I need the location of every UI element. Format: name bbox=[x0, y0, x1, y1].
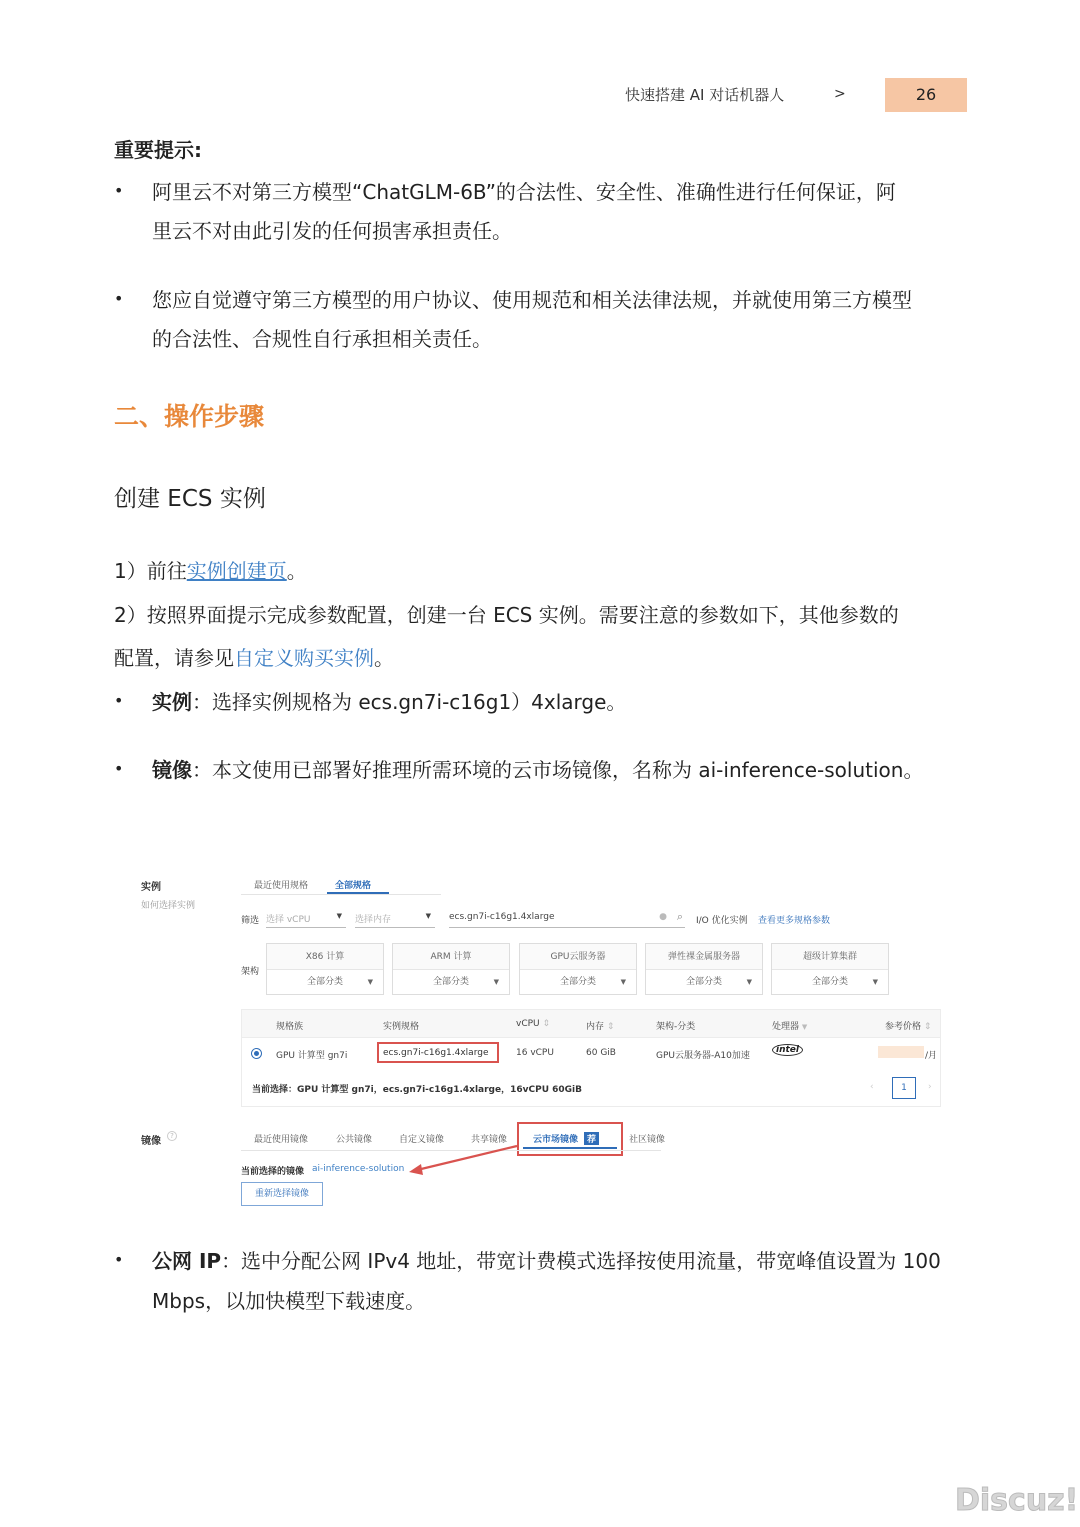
param-image-text: ：本文使用已部署好推理所需环境的云市场镜像，名称为 ai-inference-s… bbox=[192, 758, 923, 782]
arch-option-arm[interactable]: ARM 计算 全部分类▼ bbox=[392, 943, 510, 995]
arch-category-select[interactable]: 全部分类▼ bbox=[520, 970, 636, 995]
custom-purchase-link[interactable]: 自定义购买实例 bbox=[234, 646, 374, 670]
step-2-suffix: 。 bbox=[374, 646, 394, 670]
current-selection-text: 当前选择：GPU 计算型 gn7i，ecs.gn7i-c16g1.4xlarge… bbox=[252, 1082, 582, 1095]
image-tab-public[interactable]: 公共镜像 bbox=[336, 1132, 372, 1145]
caret-down-icon: ▼ bbox=[873, 970, 878, 995]
pager-next-icon[interactable]: › bbox=[928, 1082, 932, 1092]
arch-option-x86[interactable]: X86 计算 全部分类▼ bbox=[266, 943, 384, 995]
col-processor-label: 处理器 bbox=[772, 1022, 799, 1032]
filter-label: 筛选 bbox=[241, 913, 259, 926]
param-public-ip-line-2: Mbps，以加快模型下载速度。 bbox=[152, 1282, 425, 1321]
bullet-icon: • bbox=[114, 181, 123, 200]
col-family: 规格族 bbox=[276, 1019, 303, 1032]
spec-table: 规格族 实例规格 vCPU ⇕ 内存 ⇕ 架构-分类 处理器 ▼ 参考价格 ⇕ … bbox=[241, 1009, 941, 1107]
col-vcpu-label: vCPU bbox=[516, 1019, 540, 1029]
sort-icon: ⇕ bbox=[924, 1022, 932, 1032]
arch-option-super-computing[interactable]: 超级计算集群 全部分类▼ bbox=[771, 943, 889, 995]
param-image-label: 镜像 bbox=[152, 758, 192, 782]
step-1-prefix: 1）前往 bbox=[114, 559, 187, 583]
tip-1-line-1: 阿里云不对第三方模型“ChatGLM-6B”的合法性、安全性、准确性进行任何保证… bbox=[152, 173, 896, 212]
arch-option-name: 超级计算集群 bbox=[772, 944, 888, 970]
arch-option-bare-metal[interactable]: 弹性裸金属服务器 全部分类▼ bbox=[645, 943, 763, 995]
arch-category-select[interactable]: 全部分类▼ bbox=[772, 970, 888, 995]
caret-down-icon: ▼ bbox=[337, 912, 342, 920]
param-instance-text: ：选择实例规格为 ecs.gn7i-c16g1）4xlarge。 bbox=[192, 690, 626, 714]
bullet-icon: • bbox=[114, 759, 123, 778]
tab-all-specs[interactable]: 全部规格 bbox=[335, 878, 371, 891]
param-public-ip-label: 公网 IP bbox=[152, 1249, 221, 1273]
tabs-divider bbox=[241, 894, 441, 895]
arch-category-value: 全部分类 bbox=[812, 977, 848, 987]
param-image: 镜像：本文使用已部署好推理所需环境的云市场镜像，名称为 ai-inference… bbox=[152, 751, 923, 790]
col-arch: 架构-分类 bbox=[656, 1019, 695, 1032]
help-icon[interactable]: ? bbox=[167, 1131, 177, 1141]
reselect-image-button[interactable]: 重新选择镜像 bbox=[241, 1182, 323, 1206]
page-header: 快速搭建 AI 对话机器人 > 26 bbox=[0, 78, 1080, 114]
image-label: 镜像 bbox=[141, 1132, 161, 1147]
io-optimized-label: I/O 优化实例 bbox=[696, 913, 748, 926]
param-public-ip-text: ：选中分配公网 IPv4 地址，带宽计费模式选择按使用流量，带宽峰值设置为 10… bbox=[221, 1249, 941, 1273]
row-radio-selected[interactable] bbox=[251, 1048, 262, 1059]
col-price[interactable]: 参考价格 ⇕ bbox=[885, 1019, 931, 1032]
spec-search-input[interactable]: ecs.gn7i-c16g1.4xlarge ● ⌕ bbox=[449, 912, 685, 928]
section-title: 二、操作步骤 bbox=[114, 397, 264, 433]
instance-help-link[interactable]: 如何选择实例 bbox=[141, 898, 195, 911]
tab-recent-specs[interactable]: 最近使用规格 bbox=[254, 878, 308, 891]
arch-category-value: 全部分类 bbox=[307, 977, 343, 987]
step-2-line-1: 2）按照界面提示完成参数配置，创建一台 ECS 实例。需要注意的参数如下，其他参… bbox=[114, 596, 899, 635]
caret-down-icon: ▼ bbox=[621, 970, 626, 995]
bullet-icon: • bbox=[114, 1250, 123, 1269]
cell-price-suffix: /月 bbox=[925, 1048, 937, 1061]
tips-title: 重要提示: bbox=[114, 131, 202, 170]
pager-page-1[interactable]: 1 bbox=[892, 1077, 916, 1099]
arch-option-name: 弹性裸金属服务器 bbox=[646, 944, 762, 970]
tip-2-line-1: 您应自觉遵守第三方模型的用户协议、使用规范和相关法律法规，并就使用第三方模型 bbox=[152, 281, 912, 320]
tip-2-line-2: 的合法性、合规性自行承担相关责任。 bbox=[152, 320, 492, 359]
caret-down-icon: ▼ bbox=[747, 970, 752, 995]
caret-down-icon: ▼ bbox=[426, 912, 431, 920]
image-tab-marketplace[interactable]: 云市场镜像荐 bbox=[533, 1132, 599, 1145]
col-price-label: 参考价格 bbox=[885, 1022, 921, 1032]
step-2-line-2: 配置，请参见自定义购买实例。 bbox=[114, 639, 394, 678]
image-tab-marketplace-label: 云市场镜像 bbox=[533, 1135, 578, 1145]
col-memory[interactable]: 内存 ⇕ bbox=[586, 1019, 614, 1032]
arch-category-value: 全部分类 bbox=[560, 977, 596, 987]
param-instance: 实例：选择实例规格为 ecs.gn7i-c16g1）4xlarge。 bbox=[152, 683, 626, 722]
param-instance-label: 实例 bbox=[152, 690, 192, 714]
active-image-tab-indicator bbox=[523, 1147, 617, 1149]
vcpu-placeholder: 选择 vCPU bbox=[266, 915, 311, 925]
instance-label: 实例 bbox=[141, 878, 161, 893]
image-tab-community[interactable]: 社区镜像 bbox=[629, 1132, 665, 1145]
arch-option-name: X86 计算 bbox=[267, 944, 383, 970]
cell-arch: GPU云服务器-A10加速 bbox=[656, 1048, 750, 1061]
table-header: 规格族 实例规格 vCPU ⇕ 内存 ⇕ 架构-分类 处理器 ▼ 参考价格 ⇕ bbox=[242, 1010, 940, 1038]
arch-category-value: 全部分类 bbox=[433, 977, 469, 987]
col-vcpu[interactable]: vCPU ⇕ bbox=[516, 1019, 550, 1029]
cell-spec: ecs.gn7i-c16g1.4xlarge bbox=[383, 1048, 489, 1058]
arch-option-name: ARM 计算 bbox=[393, 944, 509, 970]
more-specs-link[interactable]: 查看更多规格参数 bbox=[758, 913, 830, 926]
subsection-title: 创建 ECS 实例 bbox=[114, 480, 266, 513]
discuz-watermark: Discuz! bbox=[955, 1483, 1078, 1518]
caret-down-icon: ▼ bbox=[494, 970, 499, 995]
annotation-arrow-icon bbox=[403, 1142, 523, 1182]
breadcrumb-separator: > bbox=[834, 86, 846, 102]
table-row[interactable]: GPU 计算型 gn7i ecs.gn7i-c16g1.4xlarge 16 v… bbox=[242, 1038, 940, 1068]
console-screenshot: 实例 如何选择实例 最近使用规格 全部规格 筛选 选择 vCPU ▼ 选择内存 … bbox=[133, 862, 945, 1212]
filter-icon: ▼ bbox=[802, 1023, 807, 1031]
memory-select[interactable]: 选择内存 ▼ bbox=[355, 912, 435, 928]
cell-vcpu: 16 vCPU bbox=[516, 1048, 554, 1058]
sort-icon: ⇕ bbox=[543, 1019, 551, 1029]
price-redacted bbox=[878, 1046, 924, 1058]
arch-category-select[interactable]: 全部分类▼ bbox=[646, 970, 762, 995]
bullet-icon: • bbox=[114, 289, 123, 308]
current-image-value[interactable]: ai-inference-solution bbox=[312, 1164, 404, 1174]
vcpu-select[interactable]: 选择 vCPU ▼ bbox=[266, 912, 346, 928]
arch-label: 架构 bbox=[241, 964, 259, 977]
arch-category-select[interactable]: 全部分类▼ bbox=[267, 970, 383, 995]
caret-down-icon: ▼ bbox=[368, 970, 373, 995]
cell-memory: 60 GiB bbox=[586, 1048, 616, 1058]
current-image-label: 当前选择的镜像 bbox=[241, 1164, 304, 1177]
col-memory-label: 内存 bbox=[586, 1022, 604, 1032]
tip-1-line-2: 里云不对由此引发的任何损害承担责任。 bbox=[152, 212, 512, 251]
spec-search-value: ecs.gn7i-c16g1.4xlarge bbox=[449, 912, 555, 922]
recommended-badge: 荐 bbox=[584, 1132, 599, 1145]
cell-family: GPU 计算型 gn7i bbox=[276, 1048, 347, 1061]
step-1-suffix: 。 bbox=[287, 559, 307, 583]
arch-category-value: 全部分类 bbox=[686, 977, 722, 987]
arch-option-gpu[interactable]: GPU云服务器 全部分类▼ bbox=[519, 943, 637, 995]
image-tab-recent[interactable]: 最近使用镜像 bbox=[254, 1132, 308, 1145]
instance-create-page-link[interactable]: 实例创建页 bbox=[187, 559, 287, 583]
search-icon[interactable]: ⌕ bbox=[677, 910, 683, 924]
arch-category-select[interactable]: 全部分类▼ bbox=[393, 970, 509, 995]
col-processor[interactable]: 处理器 ▼ bbox=[772, 1019, 807, 1032]
memory-placeholder: 选择内存 bbox=[355, 915, 391, 925]
step-2-prefix: 配置，请参见 bbox=[114, 646, 234, 670]
col-spec: 实例规格 bbox=[383, 1019, 419, 1032]
page-number-badge: 26 bbox=[885, 78, 967, 112]
intel-logo-icon: intel bbox=[772, 1044, 803, 1056]
bullet-icon: • bbox=[114, 691, 123, 710]
pager-prev-icon[interactable]: ‹ bbox=[870, 1082, 874, 1092]
param-public-ip: 公网 IP：选中分配公网 IPv4 地址，带宽计费模式选择按使用流量，带宽峰值设… bbox=[152, 1242, 941, 1281]
doc-title: 快速搭建 AI 对话机器人 bbox=[625, 84, 784, 105]
clear-icon[interactable]: ● bbox=[659, 912, 667, 922]
sort-icon: ⇕ bbox=[607, 1022, 615, 1032]
step-1: 1）前往实例创建页。 bbox=[114, 552, 307, 591]
arch-option-name: GPU云服务器 bbox=[520, 944, 636, 970]
